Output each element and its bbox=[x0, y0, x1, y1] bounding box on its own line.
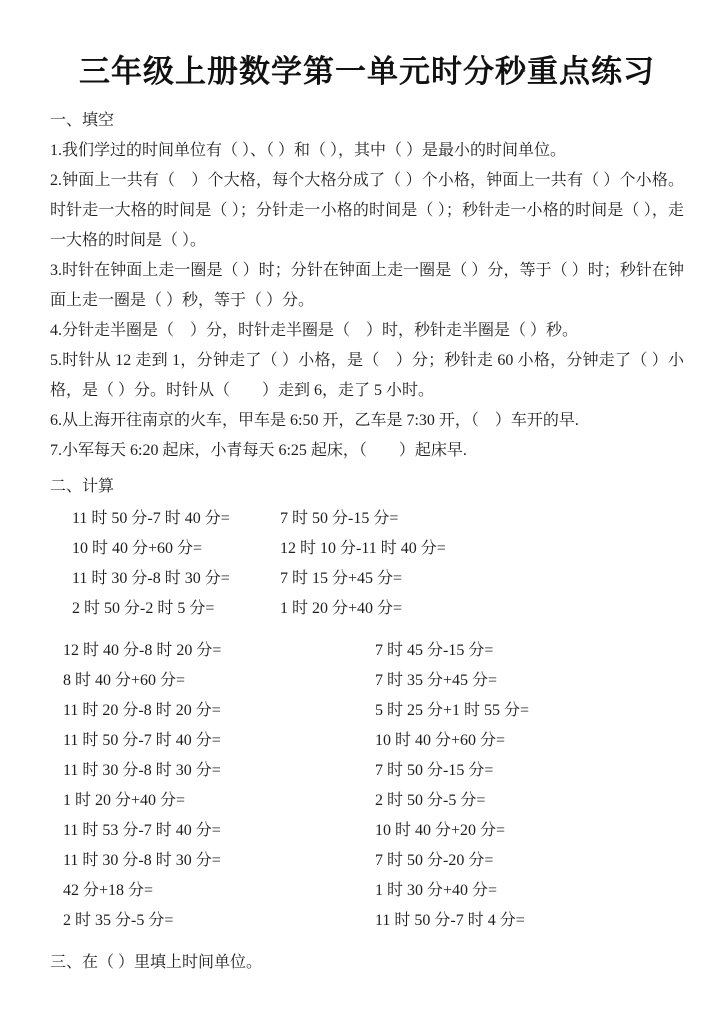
calc-expression-right: 7 时 50 分-15 分= bbox=[280, 504, 398, 534]
calc-row: 11 时 50 分-7 时 40 分=10 时 40 分+60 分= bbox=[50, 726, 684, 756]
calc-row: 11 时 30 分-8 时 30 分=7 时 15 分+45 分= bbox=[50, 564, 684, 594]
calc-row: 42 分+18 分=1 时 30 分+40 分= bbox=[50, 876, 684, 906]
calc-expression-left: 2 时 50 分-2 时 5 分= bbox=[50, 594, 280, 624]
section-calc-heading: 二、计算 bbox=[50, 472, 684, 502]
worksheet-title: 三年级上册数学第一单元时分秒重点练习 bbox=[50, 50, 684, 94]
calc-expression-left: 2 时 35 分-5 分= bbox=[50, 906, 375, 936]
calc-row: 11 时 20 分-8 时 20 分=5 时 25 分+1 时 55 分= bbox=[50, 696, 684, 726]
calc-expression-right: 7 时 45 分-15 分= bbox=[375, 636, 493, 666]
calc-expression-right: 12 时 10 分-11 时 40 分= bbox=[280, 534, 446, 564]
calc-list: 11 时 50 分-7 时 40 分=7 时 50 分-15 分=10 时 40… bbox=[50, 504, 684, 936]
fill-in-question: 6.从上海开往南京的火车，甲车是 6:50 开，乙车是 7:30 开，（ ）车开… bbox=[50, 406, 684, 436]
calc-expression-left: 8 时 40 分+60 分= bbox=[50, 666, 375, 696]
fill-in-question: 4.分针走半圈是（ ）分，时针走半圈是（ ）时，秒针走半圈是（ ）秒。 bbox=[50, 316, 684, 346]
calc-expression-left: 11 时 30 分-8 时 30 分= bbox=[50, 564, 280, 594]
calc-row: 10 时 40 分+60 分=12 时 10 分-11 时 40 分= bbox=[50, 534, 684, 564]
calc-row: 8 时 40 分+60 分=7 时 35 分+45 分= bbox=[50, 666, 684, 696]
fill-in-question: 7.小军每天 6:20 起床，小青每天 6:25 起床，（ ）起床早. bbox=[50, 436, 684, 466]
calc-expression-right: 7 时 35 分+45 分= bbox=[375, 666, 497, 696]
calc-expression-right: 7 时 50 分-15 分= bbox=[375, 756, 493, 786]
calc-expression-right: 10 时 40 分+20 分= bbox=[375, 816, 505, 846]
calc-expression-left: 11 时 50 分-7 时 40 分= bbox=[50, 504, 280, 534]
calc-expression-left: 11 时 20 分-8 时 20 分= bbox=[50, 696, 375, 726]
calc-expression-right: 10 时 40 分+60 分= bbox=[375, 726, 505, 756]
calc-expression-right: 1 时 30 分+40 分= bbox=[375, 876, 497, 906]
section-fill-heading: 一、填空 bbox=[50, 106, 684, 136]
calc-expression-left: 42 分+18 分= bbox=[50, 876, 375, 906]
fill-in-question: 3.时针在钟面上走一圈是（ ）时；分针在钟面上走一圈是（ ）分，等于（ ）时；秒… bbox=[50, 256, 684, 316]
section-units-heading: 三、在（ ）里填上时间单位。 bbox=[50, 948, 684, 978]
calc-row: 1 时 20 分+40 分=2 时 50 分-5 分= bbox=[50, 786, 684, 816]
calc-expression-left: 11 时 30 分-8 时 30 分= bbox=[50, 846, 375, 876]
calc-row: 11 时 30 分-8 时 30 分=7 时 50 分-20 分= bbox=[50, 846, 684, 876]
calc-expression-left: 1 时 20 分+40 分= bbox=[50, 786, 375, 816]
calc-row: 11 时 50 分-7 时 40 分=7 时 50 分-15 分= bbox=[50, 504, 684, 534]
calc-row: 2 时 50 分-2 时 5 分=1 时 20 分+40 分= bbox=[50, 594, 684, 624]
calc-expression-right: 5 时 25 分+1 时 55 分= bbox=[375, 696, 529, 726]
calc-expression-right: 11 时 50 分-7 时 4 分= bbox=[375, 906, 525, 936]
calc-row: 11 时 53 分-7 时 40 分=10 时 40 分+20 分= bbox=[50, 816, 684, 846]
calc-row: 11 时 30 分-8 时 30 分=7 时 50 分-15 分= bbox=[50, 756, 684, 786]
calc-expression-left: 11 时 30 分-8 时 30 分= bbox=[50, 756, 375, 786]
fill-in-list: 1.我们学过的时间单位有（ ）、（ ）和（ ），其中（ ）是最小的时间单位。2.… bbox=[50, 136, 684, 466]
calc-expression-left: 11 时 53 分-7 时 40 分= bbox=[50, 816, 375, 846]
calc-row: 2 时 35 分-5 分=11 时 50 分-7 时 4 分= bbox=[50, 906, 684, 936]
calc-row: 12 时 40 分-8 时 20 分=7 时 45 分-15 分= bbox=[50, 636, 684, 666]
calc-expression-left: 10 时 40 分+60 分= bbox=[50, 534, 280, 564]
worksheet-page: 三年级上册数学第一单元时分秒重点练习 一、填空 1.我们学过的时间单位有（ ）、… bbox=[0, 0, 724, 1024]
calc-expression-right: 2 时 50 分-5 分= bbox=[375, 786, 485, 816]
calc-expression-right: 7 时 15 分+45 分= bbox=[280, 564, 402, 594]
calc-expression-right: 7 时 50 分-20 分= bbox=[375, 846, 493, 876]
calc-expression-left: 11 时 50 分-7 时 40 分= bbox=[50, 726, 375, 756]
calc-expression-right: 1 时 20 分+40 分= bbox=[280, 594, 402, 624]
calc-expression-left: 12 时 40 分-8 时 20 分= bbox=[50, 636, 375, 666]
fill-in-question: 5.时针从 12 走到 1，分钟走了（ ）小格，是（ ）分；秒针走 60 小格，… bbox=[50, 346, 684, 406]
fill-in-question: 2.钟面上一共有（ ）个大格，每个大格分成了（ ）个小格，钟面上一共有（ ）个小… bbox=[50, 166, 684, 256]
fill-in-question: 1.我们学过的时间单位有（ ）、（ ）和（ ），其中（ ）是最小的时间单位。 bbox=[50, 136, 684, 166]
